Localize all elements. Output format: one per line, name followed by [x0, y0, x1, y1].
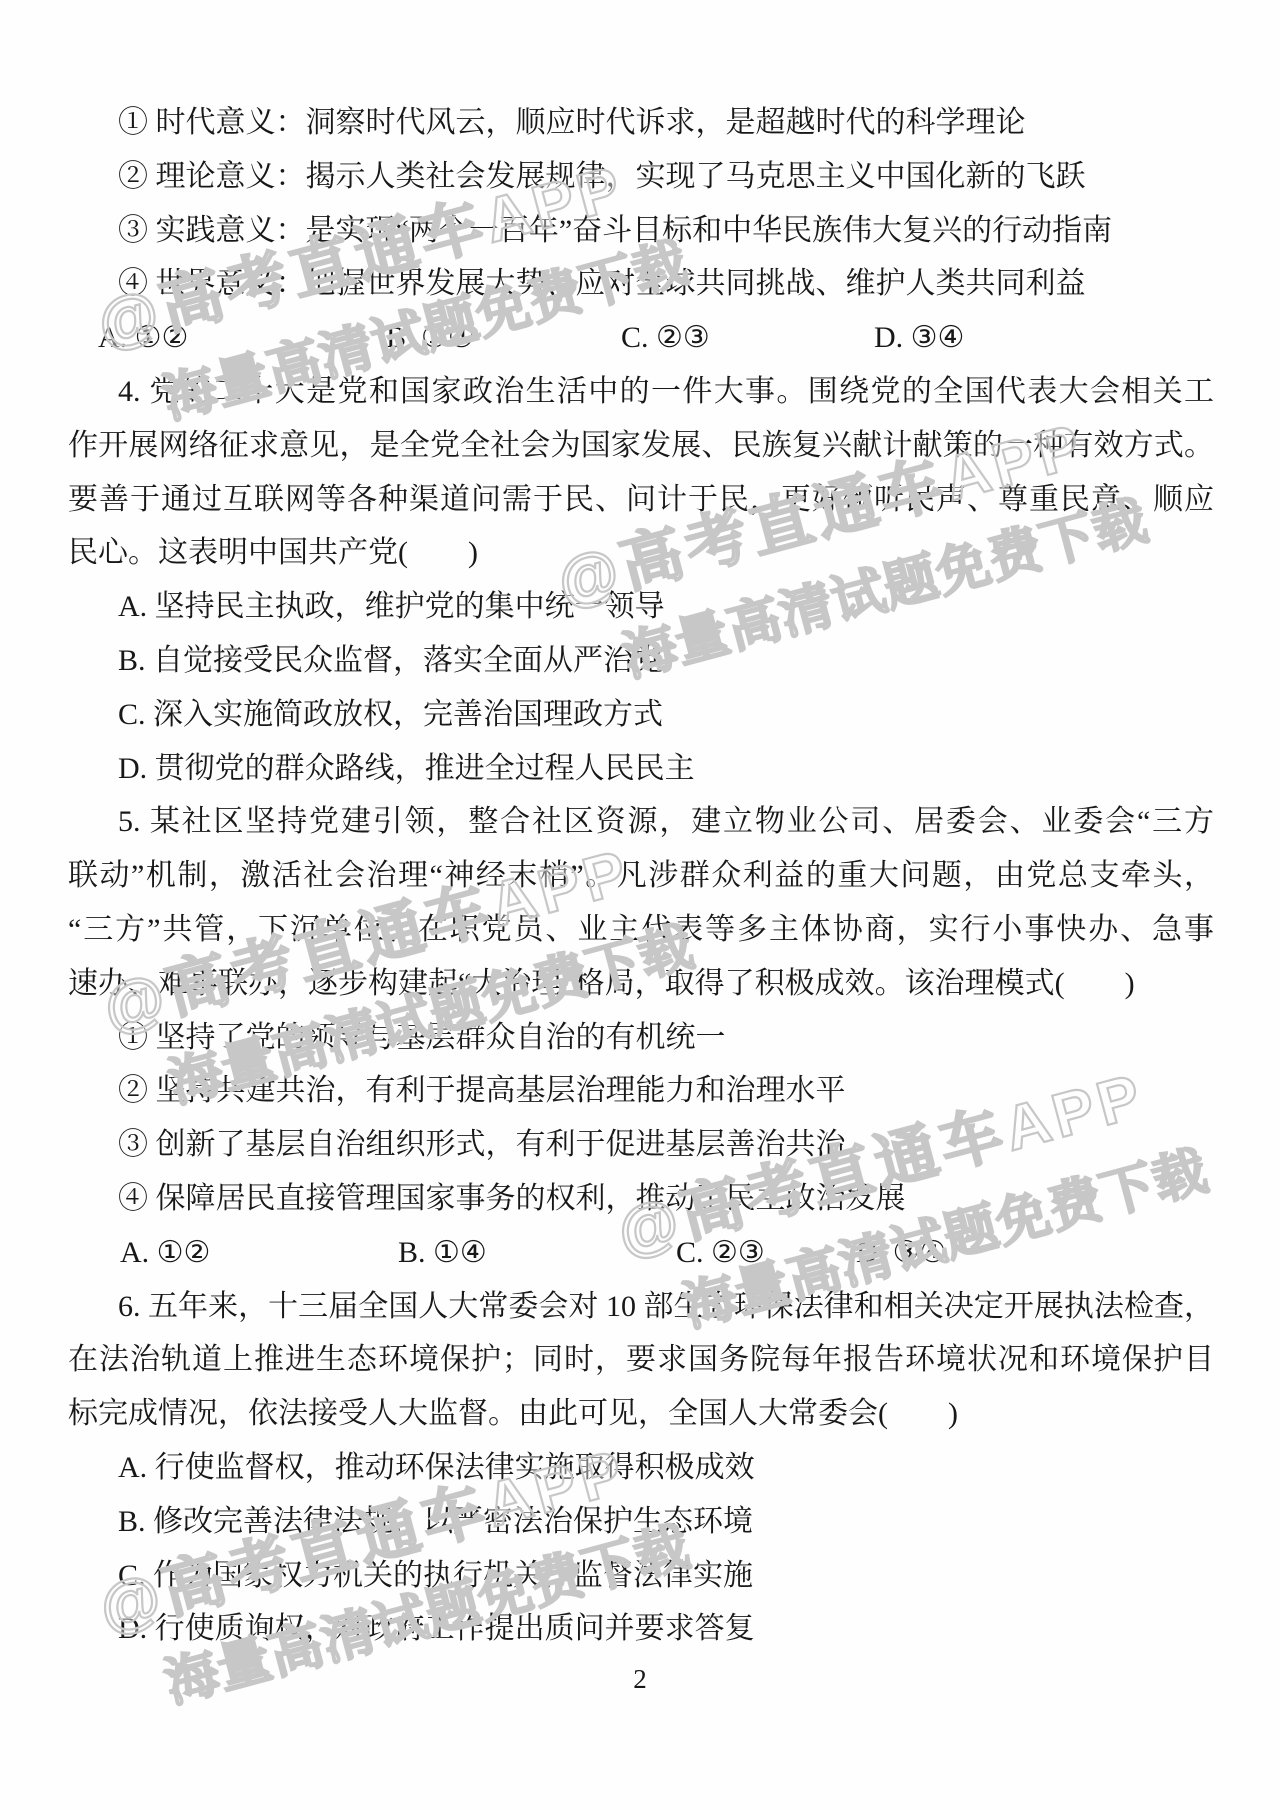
question-stem-line: 5. 某社区坚持党建引领，整合社区资源，建立物业公司、居委会、业委会“三方: [68, 795, 1214, 849]
option-c: C. 作为国家权力机关的执行机关，监督法律实施: [68, 1549, 1214, 1603]
question-stem-line: 速办、难事联办，逐步构建起“大治理”格局，取得了积极成效。该治理模式( ): [68, 957, 1214, 1011]
choice-c: C. ②③: [621, 311, 710, 365]
question-item-3: ③ 创新了基层自治组织形式，有利于促进基层善治共治: [68, 1118, 1214, 1172]
choice-d: D. ③④: [874, 311, 964, 365]
option-b: B. 修改完善法律法规，以严密法治保护生态环境: [68, 1495, 1214, 1549]
choice-a: A. ①②: [98, 311, 188, 365]
option-a: A. 行使监督权，推动环保法律实施取得积极成效: [68, 1441, 1214, 1495]
question-stem-line: 6. 五年来，十三届全国人大常委会对 10 部生态环保法律和相关决定开展执法检查…: [68, 1280, 1214, 1334]
choice-row: A. ①② B. ①④ C. ②③ D. ③④: [68, 311, 1214, 365]
question-stem-line: 标完成情况，依法接受人大监督。由此可见，全国人大常委会( ): [68, 1387, 1214, 1441]
question-6-block: 6. 五年来，十三届全国人大常委会对 10 部生态环保法律和相关决定开展执法检查…: [68, 1280, 1214, 1657]
question-stem-line: 在法治轨道上推进生态环境保护；同时，要求国务院每年报告环境状况和环境保护目: [68, 1333, 1214, 1387]
question-item-1: ① 时代意义：洞察时代风云，顺应时代诉求，是超越时代的科学理论: [68, 96, 1214, 150]
question-stem-line: 民心。这表明中国共产党( ): [68, 526, 1214, 580]
choice-c: C. ②③: [676, 1226, 765, 1280]
question-item-2: ② 理论意义：揭示人类社会发展规律，实现了马克思主义中国化新的飞跃: [68, 150, 1214, 204]
choice-b: B. ①④: [398, 1226, 487, 1280]
question-item-2: ② 坚持共建共治，有利于提高基层治理能力和治理水平: [68, 1064, 1214, 1118]
question-item-4: ④ 保障居民直接管理国家事务的权利，推动了民主政治发展: [68, 1172, 1214, 1226]
question-stem-line: 联动”机制，激活社会治理“神经末梢”。凡涉群众利益的重大问题，由党总支牵头，: [68, 849, 1214, 903]
question-3-block: ① 时代意义：洞察时代风云，顺应时代诉求，是超越时代的科学理论 ② 理论意义：揭…: [68, 96, 1214, 365]
question-stem-line: 4. 党的二十大是党和国家政治生活中的一件大事。围绕党的全国代表大会相关工: [68, 365, 1214, 419]
question-stem-line: 要善于通过互联网等各种渠道问需于民、问计于民，更好倾听民声、尊重民意、顺应: [68, 473, 1214, 527]
option-a: A. 坚持民主执政，维护党的集中统一领导: [68, 580, 1214, 634]
choice-a: A. ①②: [120, 1226, 210, 1280]
question-stem-line: 作开展网络征求意见，是全党全社会为国家发展、民族复兴献计献策的一种有效方式。: [68, 419, 1214, 473]
question-stem-line: “三方”共管，下沉单位、在职党员、业主代表等多主体协商，实行小事快办、急事: [68, 903, 1214, 957]
page-number: 2: [0, 1664, 1280, 1695]
question-5-block: 5. 某社区坚持党建引领，整合社区资源，建立物业公司、居委会、业委会“三方 联动…: [68, 795, 1214, 1279]
choice-b: B. ①④: [386, 311, 475, 365]
question-item-1: ① 坚持了党的领导与基层群众自治的有机统一: [68, 1011, 1214, 1065]
question-4-block: 4. 党的二十大是党和国家政治生活中的一件大事。围绕党的全国代表大会相关工 作开…: [68, 365, 1214, 795]
exam-paper-page: ① 时代意义：洞察时代风云，顺应时代诉求，是超越时代的科学理论 ② 理论意义：揭…: [0, 0, 1280, 1810]
option-d: D. 行使质询权，对政府工作提出质问并要求答复: [68, 1602, 1214, 1656]
choice-d: D. ③④: [856, 1226, 946, 1280]
question-item-4: ④ 世界意义：把握世界发展大势、应对全球共同挑战、维护人类共同利益: [68, 257, 1214, 311]
option-b: B. 自觉接受民众监督，落实全面从严治党: [68, 634, 1214, 688]
option-c: C. 深入实施简政放权，完善治国理政方式: [68, 688, 1214, 742]
option-d: D. 贯彻党的群众路线，推进全过程人民民主: [68, 742, 1214, 796]
exam-content: ① 时代意义：洞察时代风云，顺应时代诉求，是超越时代的科学理论 ② 理论意义：揭…: [68, 96, 1214, 1656]
choice-row: A. ①② B. ①④ C. ②③ D. ③④: [68, 1226, 1214, 1280]
question-item-3: ③ 实践意义：是实现“两个一百年”奋斗目标和中华民族伟大复兴的行动指南: [68, 204, 1214, 258]
